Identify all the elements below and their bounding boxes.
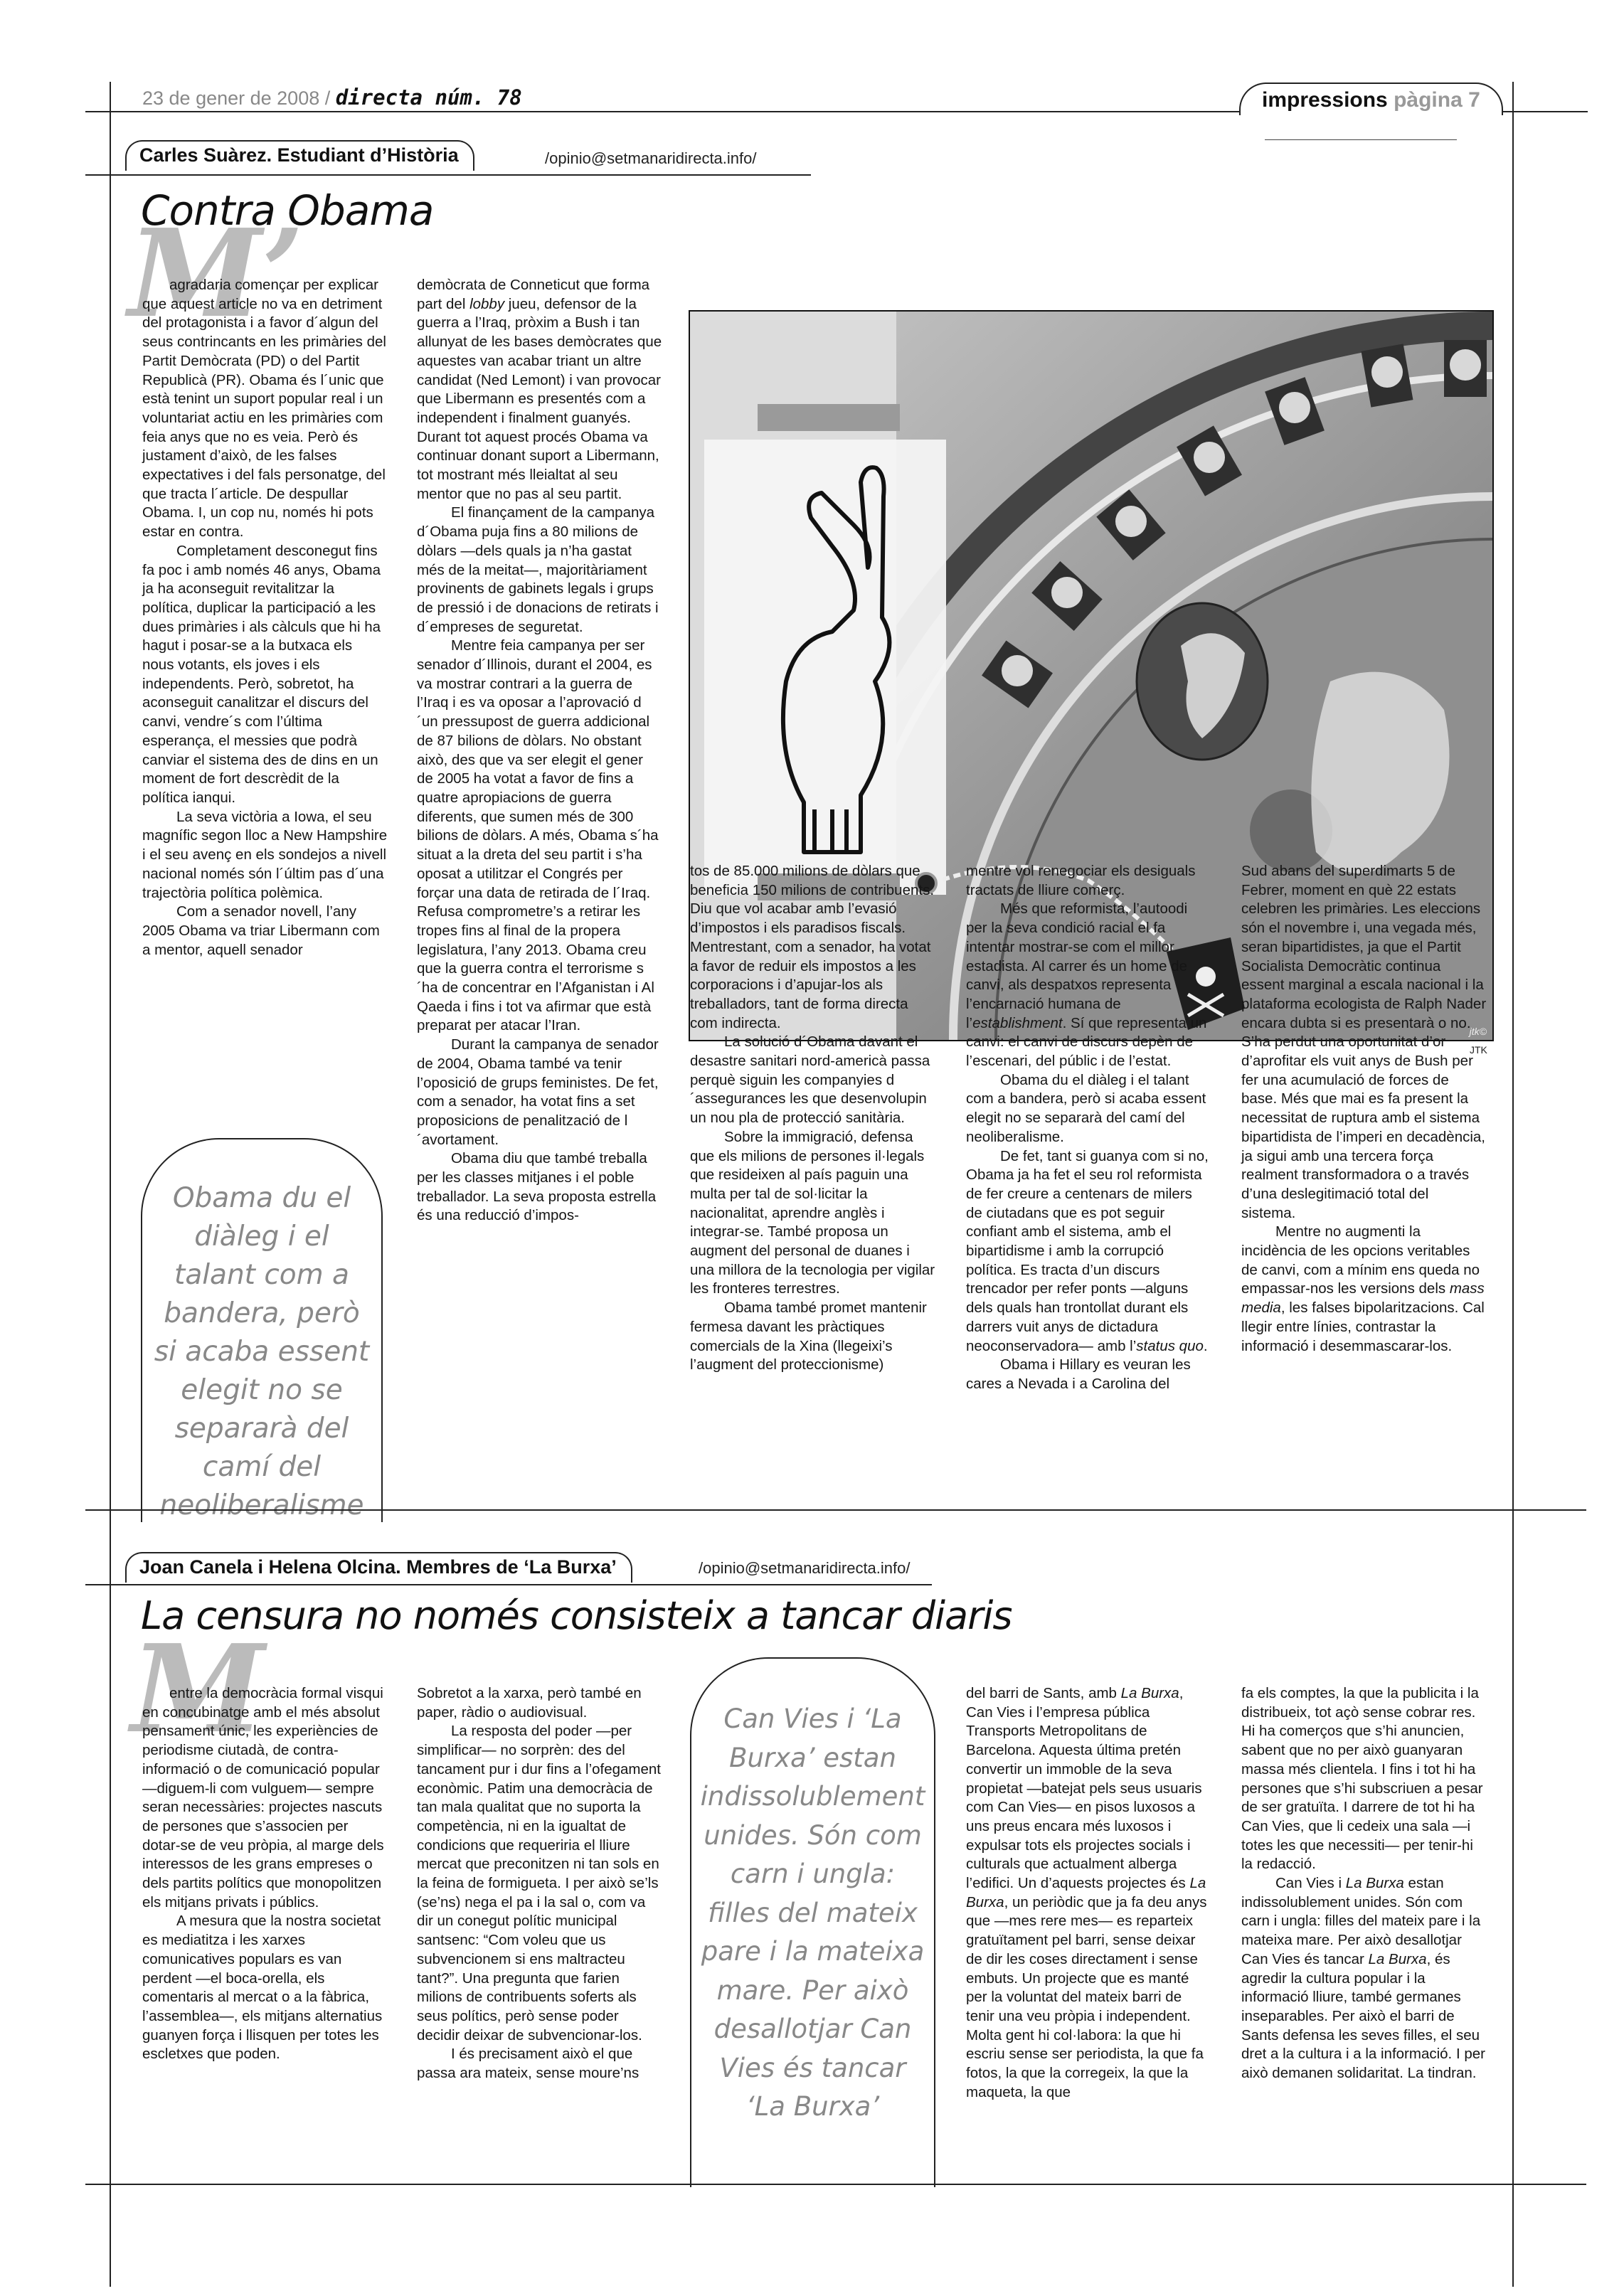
article1-column-3: tos de 85.000 milions de dòlars que bene… (690, 862, 935, 1375)
article1-paragraph: Més que reformista, l’autoodi per la sev… (966, 900, 1211, 1070)
article2-column-5: fa els comptes, la que la publicita i la… (1241, 1684, 1487, 2083)
text-run: del barri de Sants, amb (966, 1685, 1121, 1701)
article2-byline: Joan Canela i Helena Olcina. Membres de … (125, 1552, 632, 1583)
article1-paragraph: demòcrata de Conneticut que forma part d… (417, 276, 662, 504)
article2-pullquote: Can Vies i ‘La Burxa’ estan indissoluble… (690, 1657, 935, 2187)
pullquote-text: Obama du el diàleg i el talant com a ban… (142, 1179, 381, 1525)
pullquote-text: Can Vies i ‘La Burxa’ estan indissoluble… (691, 1700, 934, 2127)
article1-email-link[interactable]: /opinio@setmanaridirecta.info/ (545, 149, 756, 168)
article2-headline: La censura no només consisteix a tancar … (141, 1593, 1012, 1638)
article1-paragraph: El finançament de la campanya d´Obama pu… (417, 504, 662, 637)
header-subrule (1265, 139, 1457, 140)
text-run: , Can Vies i l’empresa pública Transport… (966, 1685, 1202, 1891)
article1-column-1: agradaria començar per explicar que aque… (142, 276, 388, 960)
issue-date-line: 23 de gener de 2008 / directa núm. 78 (142, 85, 522, 110)
page-number: pàgina 7 (1394, 88, 1480, 112)
text-run: jueu, defensor de la guerra a l’Iraq, pr… (417, 296, 662, 502)
italic-term: La Burxa (1121, 1685, 1179, 1701)
text-run: Can Vies i (1275, 1875, 1346, 1891)
article1-paragraph: tos de 85.000 milions de dòlars que bene… (690, 862, 935, 1033)
article1-paragraph: Mentre feia campanya per ser senador d´I… (417, 637, 662, 1036)
section-name: impressions (1262, 88, 1388, 112)
article2-column-2: Sobretot a la xarxa, però també en paper… (417, 1684, 662, 2083)
article2-paragraph: A mesura que la nostra societat es media… (142, 1912, 388, 2064)
footer-rule (85, 2184, 1586, 2185)
article2-paragraph: Sobretot a la xarxa, però també en paper… (417, 1684, 662, 1722)
article1-byline: Carles Suàrez. Estudiant d’Història (125, 140, 474, 171)
article1-paragraph: agradaria començar per explicar que aque… (142, 276, 388, 542)
text-run: , un periòdic que ja fa deu anys que —me… (966, 1894, 1206, 2100)
header-rule (85, 111, 1252, 112)
article1-pullquote: Obama du el diàleg i el talant com a ban… (141, 1138, 383, 1522)
article1-column-5: Sud abans del superdimarts 5 de Febrer, … (1241, 862, 1487, 1356)
publication-issue: directa núm. 78 (336, 85, 522, 110)
article1-paragraph: Sud abans del superdimarts 5 de Febrer, … (1241, 862, 1487, 1223)
text-run: . (1204, 1338, 1208, 1354)
article1-paragraph: Durant la campanya de senador de 2004, O… (417, 1036, 662, 1149)
article1-paragraph: Obama diu que també treballa per les cla… (417, 1149, 662, 1226)
section-tab: impressions pàgina 7 (1239, 83, 1503, 115)
article1-paragraph: La solució d´Obama davant el desastre sa… (690, 1033, 935, 1128)
italic-term: status quo (1136, 1338, 1204, 1354)
article2-email-link[interactable]: /opinio@setmanaridirecta.info/ (699, 1559, 910, 1578)
header-rule-right (1488, 111, 1588, 112)
italic-term: La Burxa (1346, 1875, 1404, 1891)
article2-column-1: entre la democràcia formal visqui en con… (142, 1684, 388, 2064)
italic-term: La Burxa (1369, 1951, 1427, 1967)
article2-byline-rule (85, 1584, 932, 1585)
italic-term: establishment (972, 1015, 1062, 1031)
issue-date: 23 de gener de 2008 (142, 87, 319, 109)
text-run: Més que reformista, l’autoodi per la sev… (966, 900, 1187, 1031)
article1-paragraph: Obama també promet mantenir fermesa dava… (690, 1299, 935, 1375)
article1-byline-rule (85, 174, 811, 176)
article2-column-4: del barri de Sants, amb La Burxa, Can Vi… (966, 1684, 1211, 2102)
article2-paragraph: entre la democràcia formal visqui en con… (142, 1684, 388, 1912)
article1-paragraph: La seva victòria a Iowa, el seu magnífic… (142, 808, 388, 903)
article1-paragraph: mentre vol renegociar els desiguals trac… (966, 862, 1211, 900)
text-run: De fet, tant si guanya com si no, Obama … (966, 1148, 1209, 1354)
article1-paragraph: Obama i Hillary es veuran les cares a Ne… (966, 1356, 1211, 1393)
article1-paragraph: Com a senador novell, l’any 2005 Obama v… (142, 903, 388, 960)
article1-paragraph: Mentre no augmenti la incidència de les … (1241, 1223, 1487, 1356)
article1-paragraph: Sobre la immigració, defensa que els mil… (690, 1128, 935, 1299)
left-margin-rule (110, 82, 111, 2287)
date-separator: / (325, 87, 331, 109)
article1-paragraph: De fet, tant si guanya com si no, Obama … (966, 1147, 1211, 1356)
article2-paragraph: Can Vies i La Burxa estan indissolubleme… (1241, 1874, 1487, 2083)
article-divider (85, 1509, 1586, 1511)
article2-paragraph: La resposta del poder —per simplificar— … (417, 1722, 662, 2045)
article1-paragraph: Completament desconegut fins fa poc i am… (142, 542, 388, 808)
article1-paragraph: Obama du el diàleg i el talant com a ban… (966, 1071, 1211, 1147)
right-margin-rule (1512, 82, 1514, 2287)
article2-paragraph: del barri de Sants, amb La Burxa, Can Vi… (966, 1684, 1211, 2102)
article2-paragraph: I és precisament això el que passa ara m… (417, 2045, 662, 2083)
text-run: , és agredir la cultura popular i la inf… (1241, 1951, 1485, 2081)
article1-column-2: demòcrata de Conneticut que forma part d… (417, 276, 662, 1226)
text-run: Mentre no augmenti la incidència de les … (1241, 1223, 1480, 1297)
article1-column-4: mentre vol renegociar els desiguals trac… (966, 862, 1211, 1394)
italic-term: lobby (469, 296, 504, 312)
article2-paragraph: fa els comptes, la que la publicita i la… (1241, 1684, 1487, 1874)
